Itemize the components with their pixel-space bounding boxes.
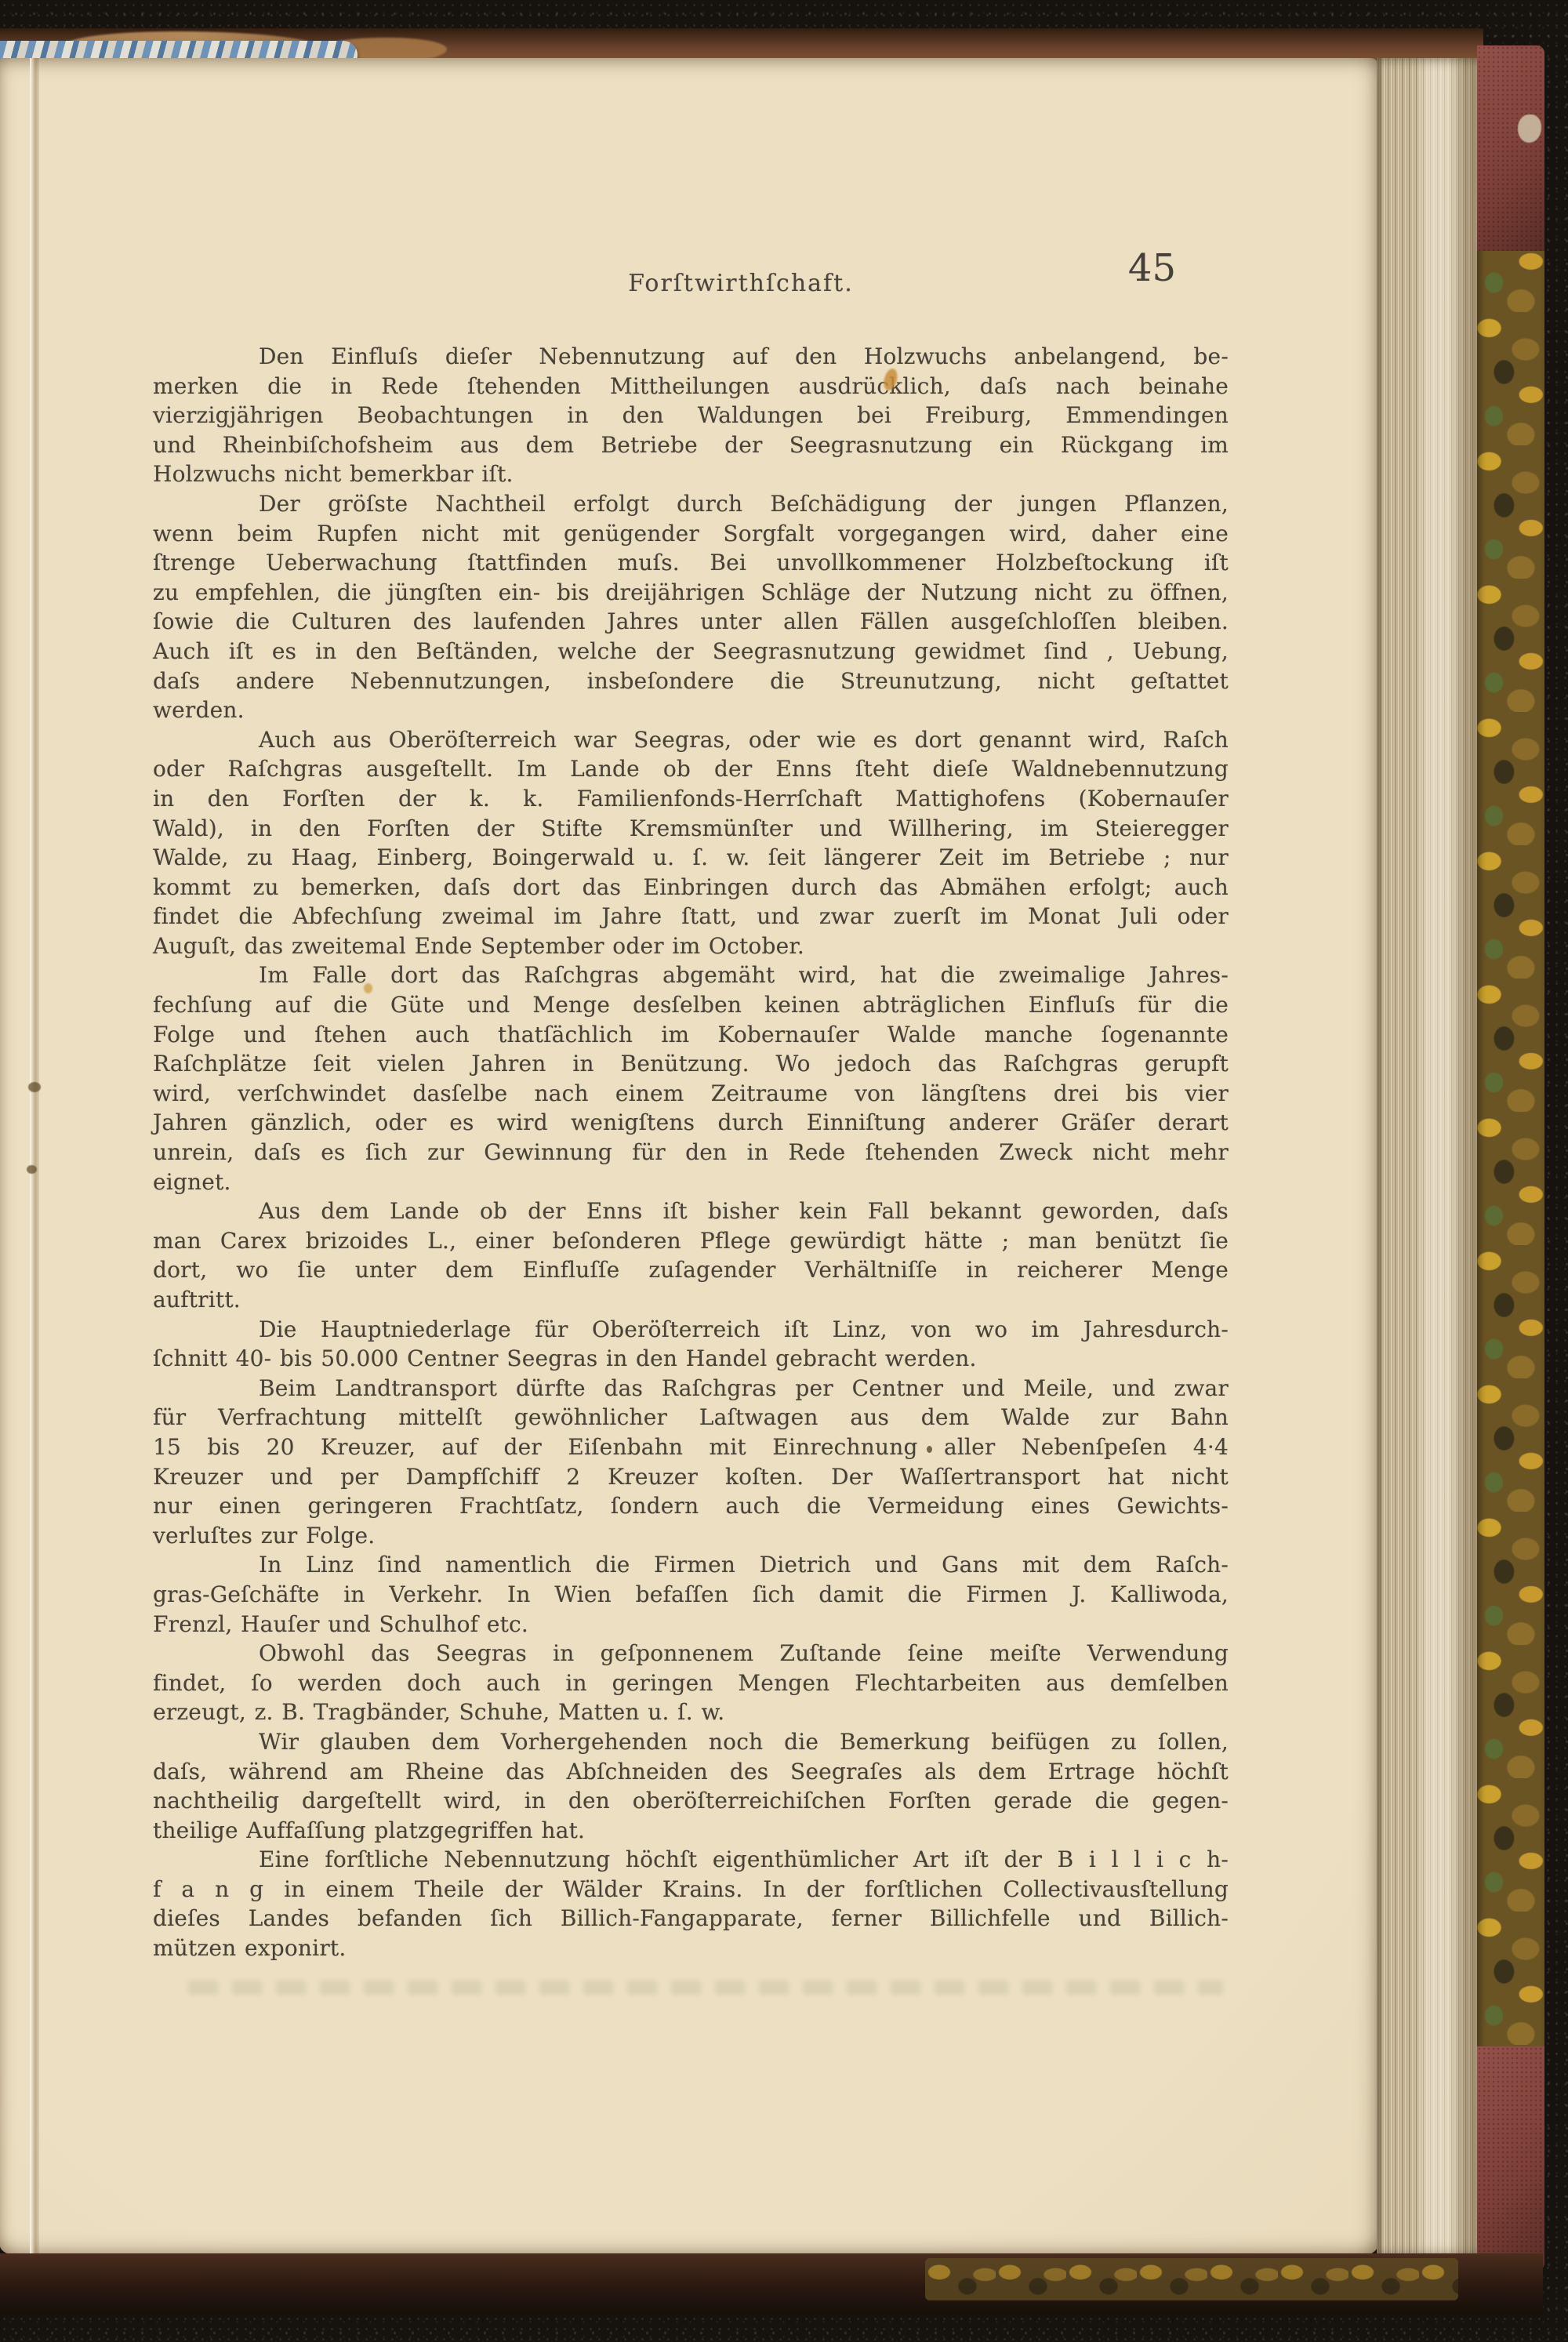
text-line: ſtrenge Ueberwachung ſtattfinden muſs. B…	[153, 548, 1229, 578]
text-line: Wald), in den Forſten der Stifte Kremsmü…	[153, 814, 1229, 844]
paragraph: Die Hauptniederlage für Oberöſterreich i…	[153, 1315, 1229, 1374]
text-line: Obwohl das Seegras in geſponnenem Zuſtan…	[153, 1639, 1229, 1668]
text-line: nur einen geringeren Frachtſatz, ſondern…	[153, 1491, 1229, 1521]
text-line: daſs, während am Rheine das Abſchneiden …	[153, 1757, 1229, 1787]
text-line: f a n g in einem Theile der Wälder Krain…	[153, 1875, 1229, 1904]
text-line: Holzwuchs nicht bemerkbar iſt.	[153, 459, 1229, 489]
marbled-paper-strip	[925, 2258, 1458, 2300]
text-line: Aus dem Lande ob der Enns iſt bisher kei…	[153, 1196, 1229, 1226]
text-line: vierzigjährigen Beobachtungen in den Wal…	[153, 401, 1229, 430]
paragraph: Obwohl das Seegras in geſponnenem Zuſtan…	[153, 1639, 1229, 1727]
text-line: für Verfrachtung mittelſt gewöhnlicher L…	[153, 1403, 1229, 1432]
paragraph: Beim Landtransport dürfte das Raſchgras …	[153, 1374, 1229, 1551]
text-line: zu empfehlen, die jüngſten ein- bis drei…	[153, 578, 1229, 608]
stain-speck	[364, 983, 372, 993]
text-line: Die Hauptniederlage für Oberöſterreich i…	[153, 1315, 1229, 1345]
text-line: werden.	[153, 695, 1229, 725]
text-line: oder Raſchgras ausgeſtellt. Im Lande ob …	[153, 754, 1229, 784]
text-line: Auch aus Oberöſterreich war Seegras, ode…	[153, 725, 1229, 755]
text-line: auftritt.	[153, 1285, 1229, 1315]
page-number: 45	[1066, 246, 1176, 290]
text-line: Eine forſtliche Nebennutzung höchſt eige…	[153, 1845, 1229, 1875]
text-line: Raſchplätze ſeit vielen Jahren in Benütz…	[153, 1049, 1229, 1079]
paragraph: Auch aus Oberöſterreich war Seegras, ode…	[153, 725, 1229, 961]
text-line: unrein, daſs es ſich zur Gewinnung für d…	[153, 1138, 1229, 1167]
text-line: erzeugt, z. B. Tragbänder, Schuhe, Matte…	[153, 1697, 1229, 1727]
leather-corner	[1477, 45, 1544, 251]
book-page: Forſtwirthſchaft. 45 Den Einfluſs dieſer…	[0, 58, 1378, 2257]
text-line: 15 bis 20 Kreuzer, auf der Eiſenbahn mit…	[153, 1432, 1229, 1462]
text-line: man Carex brizoides L., einer beſonderen…	[153, 1226, 1229, 1256]
text-line: kommt zu bemerken, daſs dort das Einbrin…	[153, 873, 1229, 902]
text-line: nachtheilig dargeſtellt wird, in den obe…	[153, 1786, 1229, 1816]
text-line: gras-Geſchäfte in Verkehr. In Wien befaſ…	[153, 1580, 1229, 1610]
paragraph: Aus dem Lande ob der Enns iſt bisher kei…	[153, 1196, 1229, 1314]
binding-thread-mark	[27, 1165, 37, 1174]
text-line: Der gröſste Nachtheil erfolgt durch Beſc…	[153, 489, 1229, 519]
text-line: eignet.	[153, 1167, 1229, 1197]
text-line: findet, ſo werden doch auch in geringen …	[153, 1668, 1229, 1698]
text-line: Auch iſt es in den Beſtänden, welche der…	[153, 637, 1229, 666]
paragraph: Der gröſste Nachtheil erfolgt durch Beſc…	[153, 489, 1229, 725]
text-line: merken die in Rede ſtehenden Mittheilung…	[153, 372, 1229, 401]
stain-speck	[927, 1446, 932, 1453]
book-scan-photo: Forſtwirthſchaft. 45 Den Einfluſs dieſer…	[0, 0, 1568, 2342]
text-line: wird, verſchwindet dasſelbe nach einem Z…	[153, 1079, 1229, 1109]
text-line: Jahren gänzlich, oder es wird wenigſtens…	[153, 1108, 1229, 1138]
text-line: daſs andere Nebennutzungen, insbeſondere…	[153, 666, 1229, 696]
text-line: ſowie die Culturen des laufenden Jahres …	[153, 607, 1229, 637]
text-line: dort, wo ſie unter dem Einfluſſe zuſagen…	[153, 1255, 1229, 1285]
text-line: verluſtes zur Folge.	[153, 1521, 1229, 1551]
text-line: Kreuzer und per Dampfſchiff 2 Kreuzer ko…	[153, 1462, 1229, 1492]
text-line: In Linz ſind namentlich die Firmen Dietr…	[153, 1550, 1229, 1580]
leather-corner	[1477, 2046, 1544, 2271]
text-line: Walde, zu Haag, Einberg, Boingerwald u. …	[153, 843, 1229, 873]
paragraph: In Linz ſind namentlich die Firmen Dietr…	[153, 1550, 1229, 1639]
text-line: fechſung auf die Güte und Menge desſelbe…	[153, 990, 1229, 1020]
text-line: Frenzl, Hauſer und Schulhof etc.	[153, 1610, 1229, 1639]
text-line: ſchnitt 40- bis 50.000 Centner Seegras i…	[153, 1344, 1229, 1374]
binding-thread-mark	[28, 1082, 41, 1092]
page-edges-stack	[1377, 58, 1477, 2258]
text-line: wenn beim Rupfen nicht mit genügender So…	[153, 519, 1229, 549]
paragraph: Eine forſtliche Nebennutzung höchſt eige…	[153, 1845, 1229, 1963]
text-line: mützen exponirt.	[153, 1934, 1229, 1963]
text-line: in den Forſten der k. k. Familienfonds-H…	[153, 784, 1229, 814]
gutter-crease	[30, 58, 39, 2257]
text-body: Den Einfluſs dieſer Nebennutzung auf den…	[153, 342, 1229, 1963]
book-cover-right	[1477, 45, 1544, 2271]
paragraph: Im Falle dort das Raſchgras abgemäht wir…	[153, 960, 1229, 1196]
text-line: Beim Landtransport dürfte das Raſchgras …	[153, 1374, 1229, 1403]
paragraph: Wir glauben dem Vorhergehenden noch die …	[153, 1727, 1229, 1845]
paragraph: Den Einfluſs dieſer Nebennutzung auf den…	[153, 342, 1229, 489]
text-line: Den Einfluſs dieſer Nebennutzung auf den…	[153, 342, 1229, 372]
book-cover-bottom-edge	[0, 2253, 1543, 2315]
text-line: findet die Abfechſung zweimal im Jahre ſ…	[153, 902, 1229, 931]
text-line: theilige Auffaſſung platzgegriffen hat.	[153, 1816, 1229, 1846]
text-line: Im Falle dort das Raſchgras abgemäht wir…	[153, 960, 1229, 990]
text-line: Auguſt, das zweitemal Ende September ode…	[153, 931, 1229, 961]
text-line: dieſes Landes befanden ſich Billich-Fang…	[153, 1904, 1229, 1934]
text-line: Folge und ſtehen auch thatſächlich im Ko…	[153, 1020, 1229, 1050]
text-line: Wir glauben dem Vorhergehenden noch die …	[153, 1727, 1229, 1757]
ink-bleed-through	[188, 1981, 1223, 1995]
text-line: und Rheinbiſchofsheim aus dem Betriebe d…	[153, 430, 1229, 460]
